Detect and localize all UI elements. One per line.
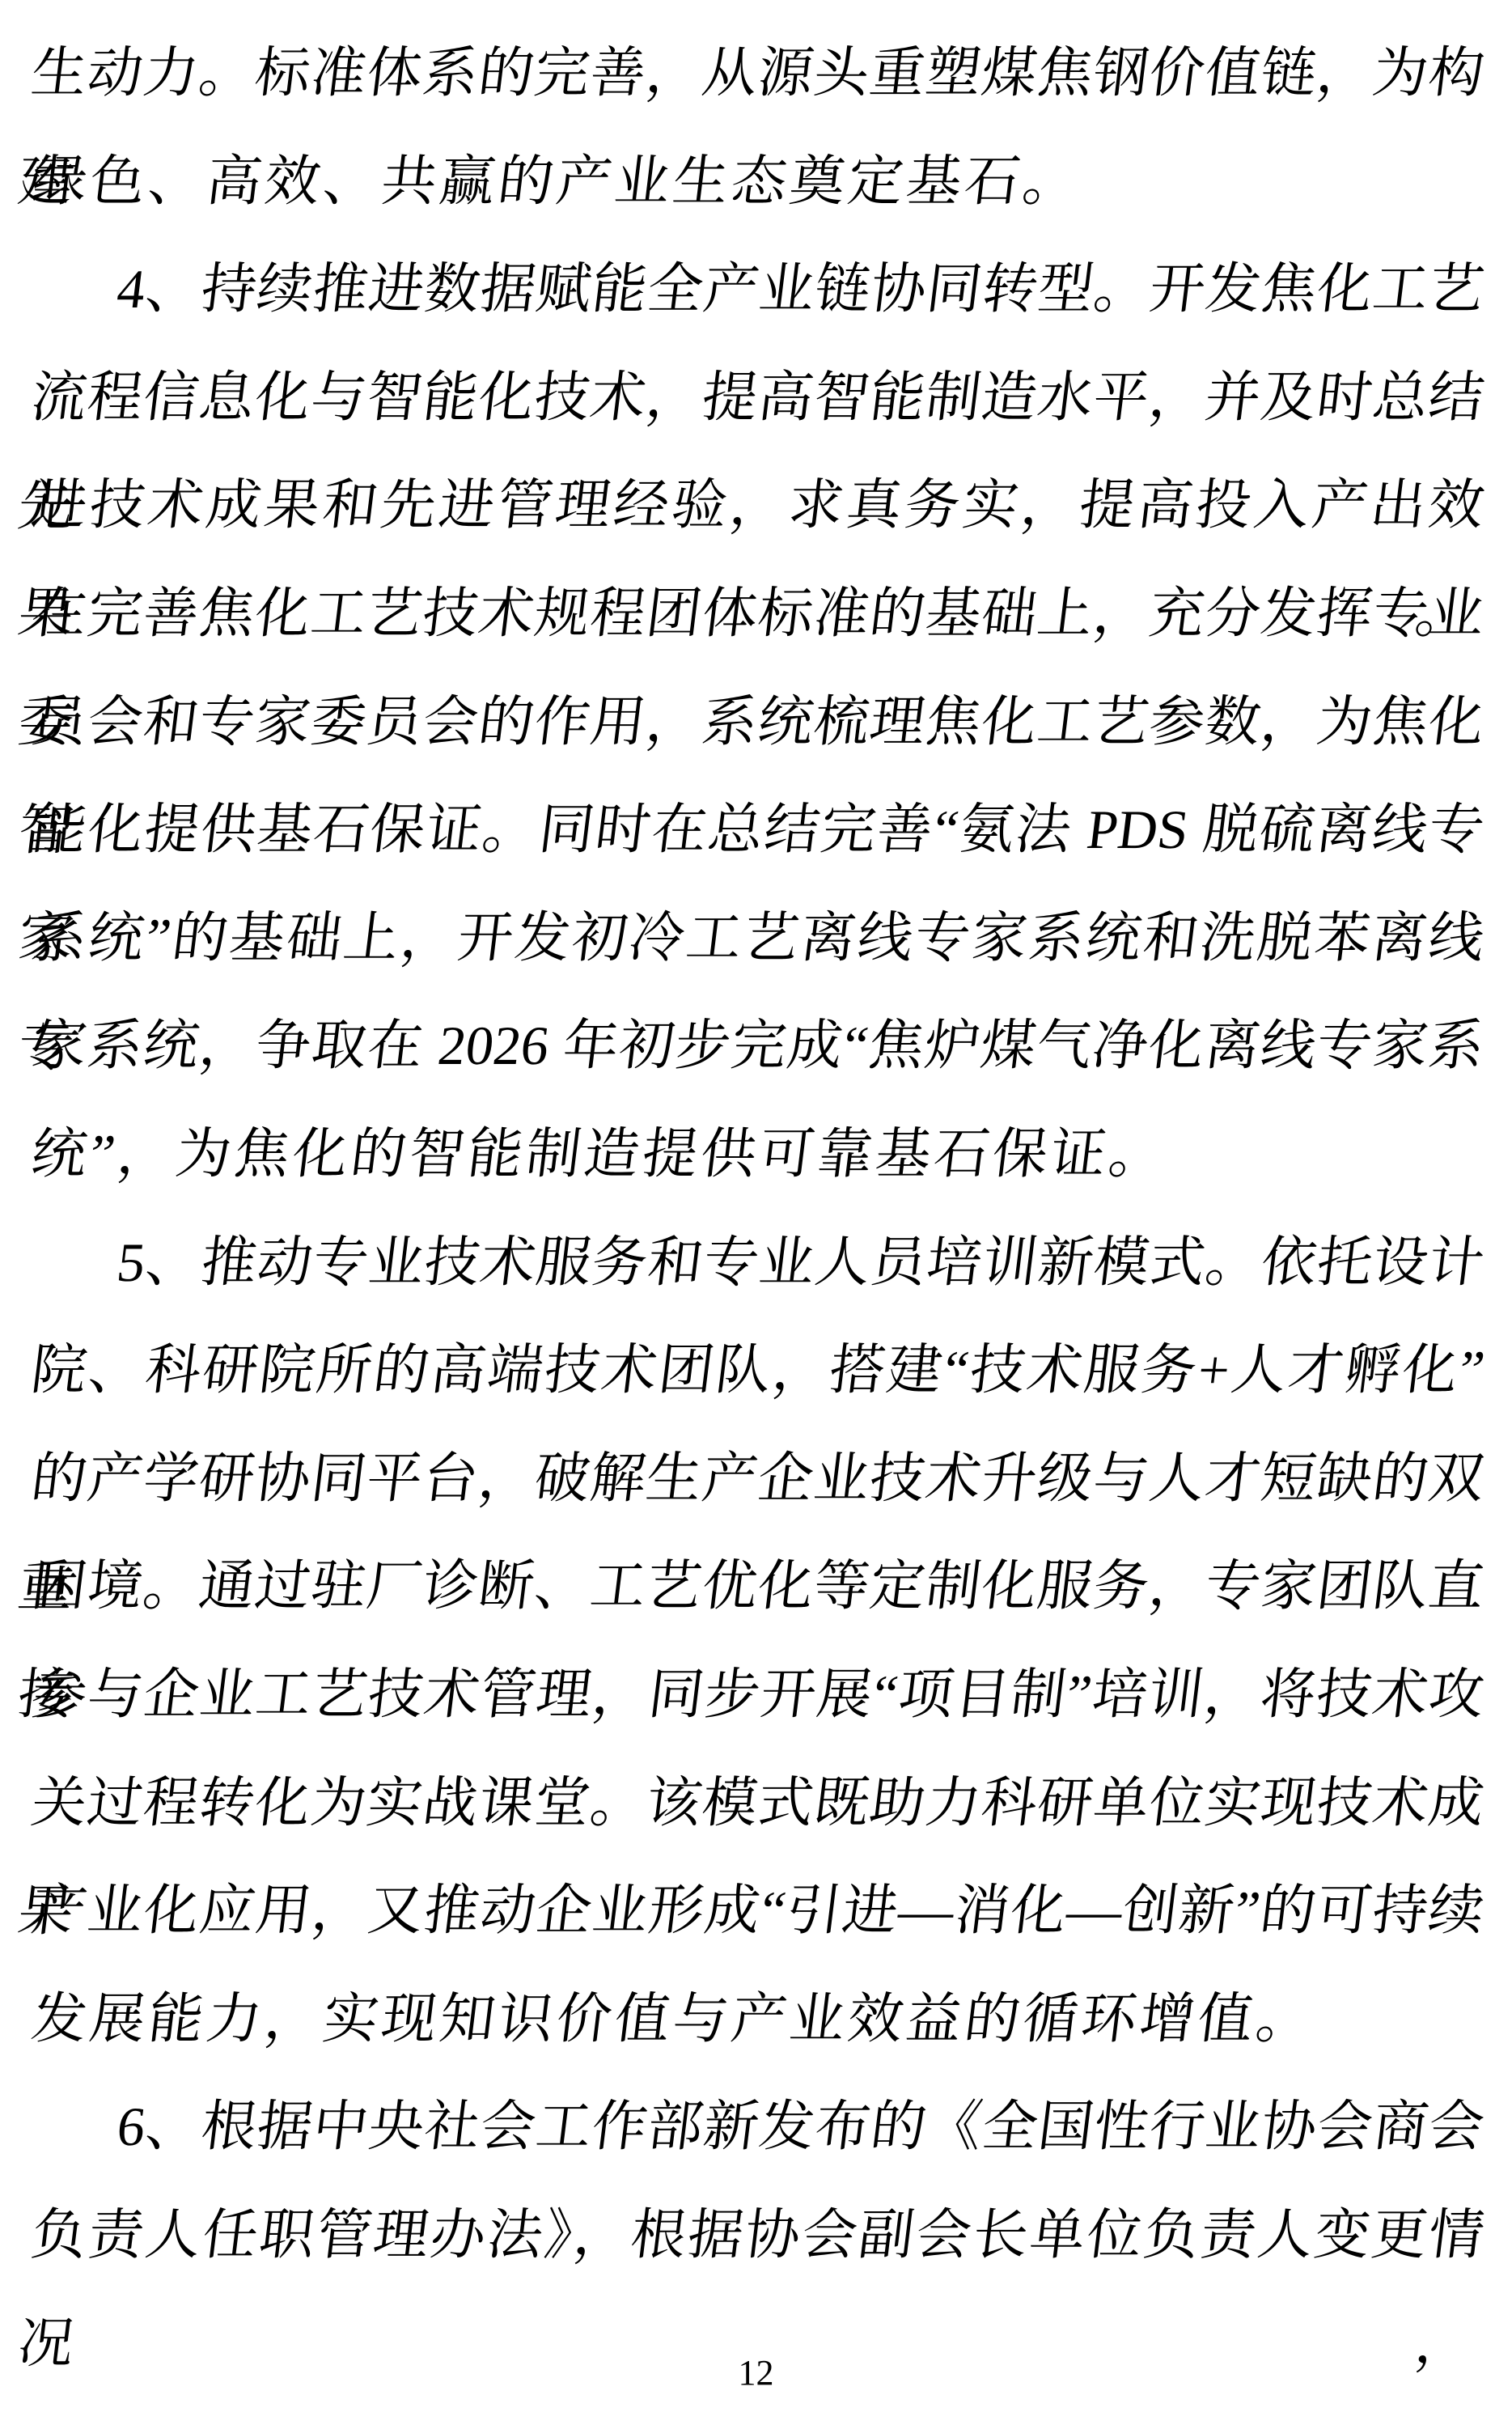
text-line: 统”，为焦化的智能制造提供可靠基石保证。 bbox=[25, 1100, 1490, 1209]
text-line: 参与企业工艺技术管理，同步开展“项目制”培训，将技术攻 bbox=[25, 1641, 1490, 1749]
text-line: 员会和专家委员会的作用，系统梳理焦化工艺参数，为焦化智 bbox=[25, 668, 1490, 777]
text-line: 进技术成果和先进管理经验，求真务实，提高投入产出效果。 bbox=[25, 451, 1490, 560]
text-line: 关过程转化为实战课堂。该模式既助力科研单位实现技术成果 bbox=[25, 1749, 1490, 1858]
text-line: 生动力。标准体系的完善，从源头重塑煤焦钢价值链，为构建 bbox=[25, 19, 1490, 128]
text-line: 发展能力，实现知识价值与产业效益的循环增值。 bbox=[25, 1965, 1490, 2074]
text-line: 在完善焦化工艺技术规程团体标准的基础上，充分发挥专业委 bbox=[25, 560, 1490, 668]
text-line: 6、根据中央社会工作部新发布的《全国性行业协会商会 bbox=[25, 2073, 1490, 2181]
page-number: 12 bbox=[739, 2353, 774, 2393]
text-line: 产业化应用，又推动企业形成“引进—消化—创新”的可持续 bbox=[25, 1857, 1490, 1965]
text-line: 流程信息化与智能化技术，提高智能制造水平，并及时总结先 bbox=[25, 344, 1490, 452]
text-line: 绿色、高效、共赢的产业生态奠定基石。 bbox=[25, 128, 1490, 236]
document-page: 生动力。标准体系的完善，从源头重塑煤焦钢价值链，为构建 绿色、高效、共赢的产业生… bbox=[0, 0, 1512, 2412]
text-line: 家系统，争取在 2026 年初步完成“焦炉煤气净化离线专家系 bbox=[25, 992, 1490, 1100]
text-line: 5、推动专业技术服务和专业人员培训新模式。依托设计 bbox=[25, 1209, 1490, 1317]
text-line: 的产学研协同平台，破解生产企业技术升级与人才短缺的双重 bbox=[25, 1425, 1490, 1533]
text-line: 能化提供基石保证。同时在总结完善“氨法 PDS 脱硫离线专家 bbox=[25, 776, 1490, 884]
text-line: 4、持续推进数据赋能全产业链协同转型。开发焦化工艺 bbox=[25, 235, 1490, 344]
text-line: 负责人任职管理办法》，根据协会副会长单位负责人变更情况， bbox=[25, 2181, 1490, 2290]
text-line: 院、科研院所的高端技术团队，搭建“技术服务+人才孵化” bbox=[25, 1316, 1490, 1425]
text-line: 困境。通过驻厂诊断、工艺优化等定制化服务，专家团队直接 bbox=[25, 1532, 1490, 1641]
page-footer: 12 bbox=[0, 2351, 1512, 2396]
text-line: 系统”的基础上，开发初冷工艺离线专家系统和洗脱苯离线专 bbox=[25, 884, 1490, 993]
body-text: 生动力。标准体系的完善，从源头重塑煤焦钢价值链，为构建 绿色、高效、共赢的产业生… bbox=[29, 19, 1481, 2289]
